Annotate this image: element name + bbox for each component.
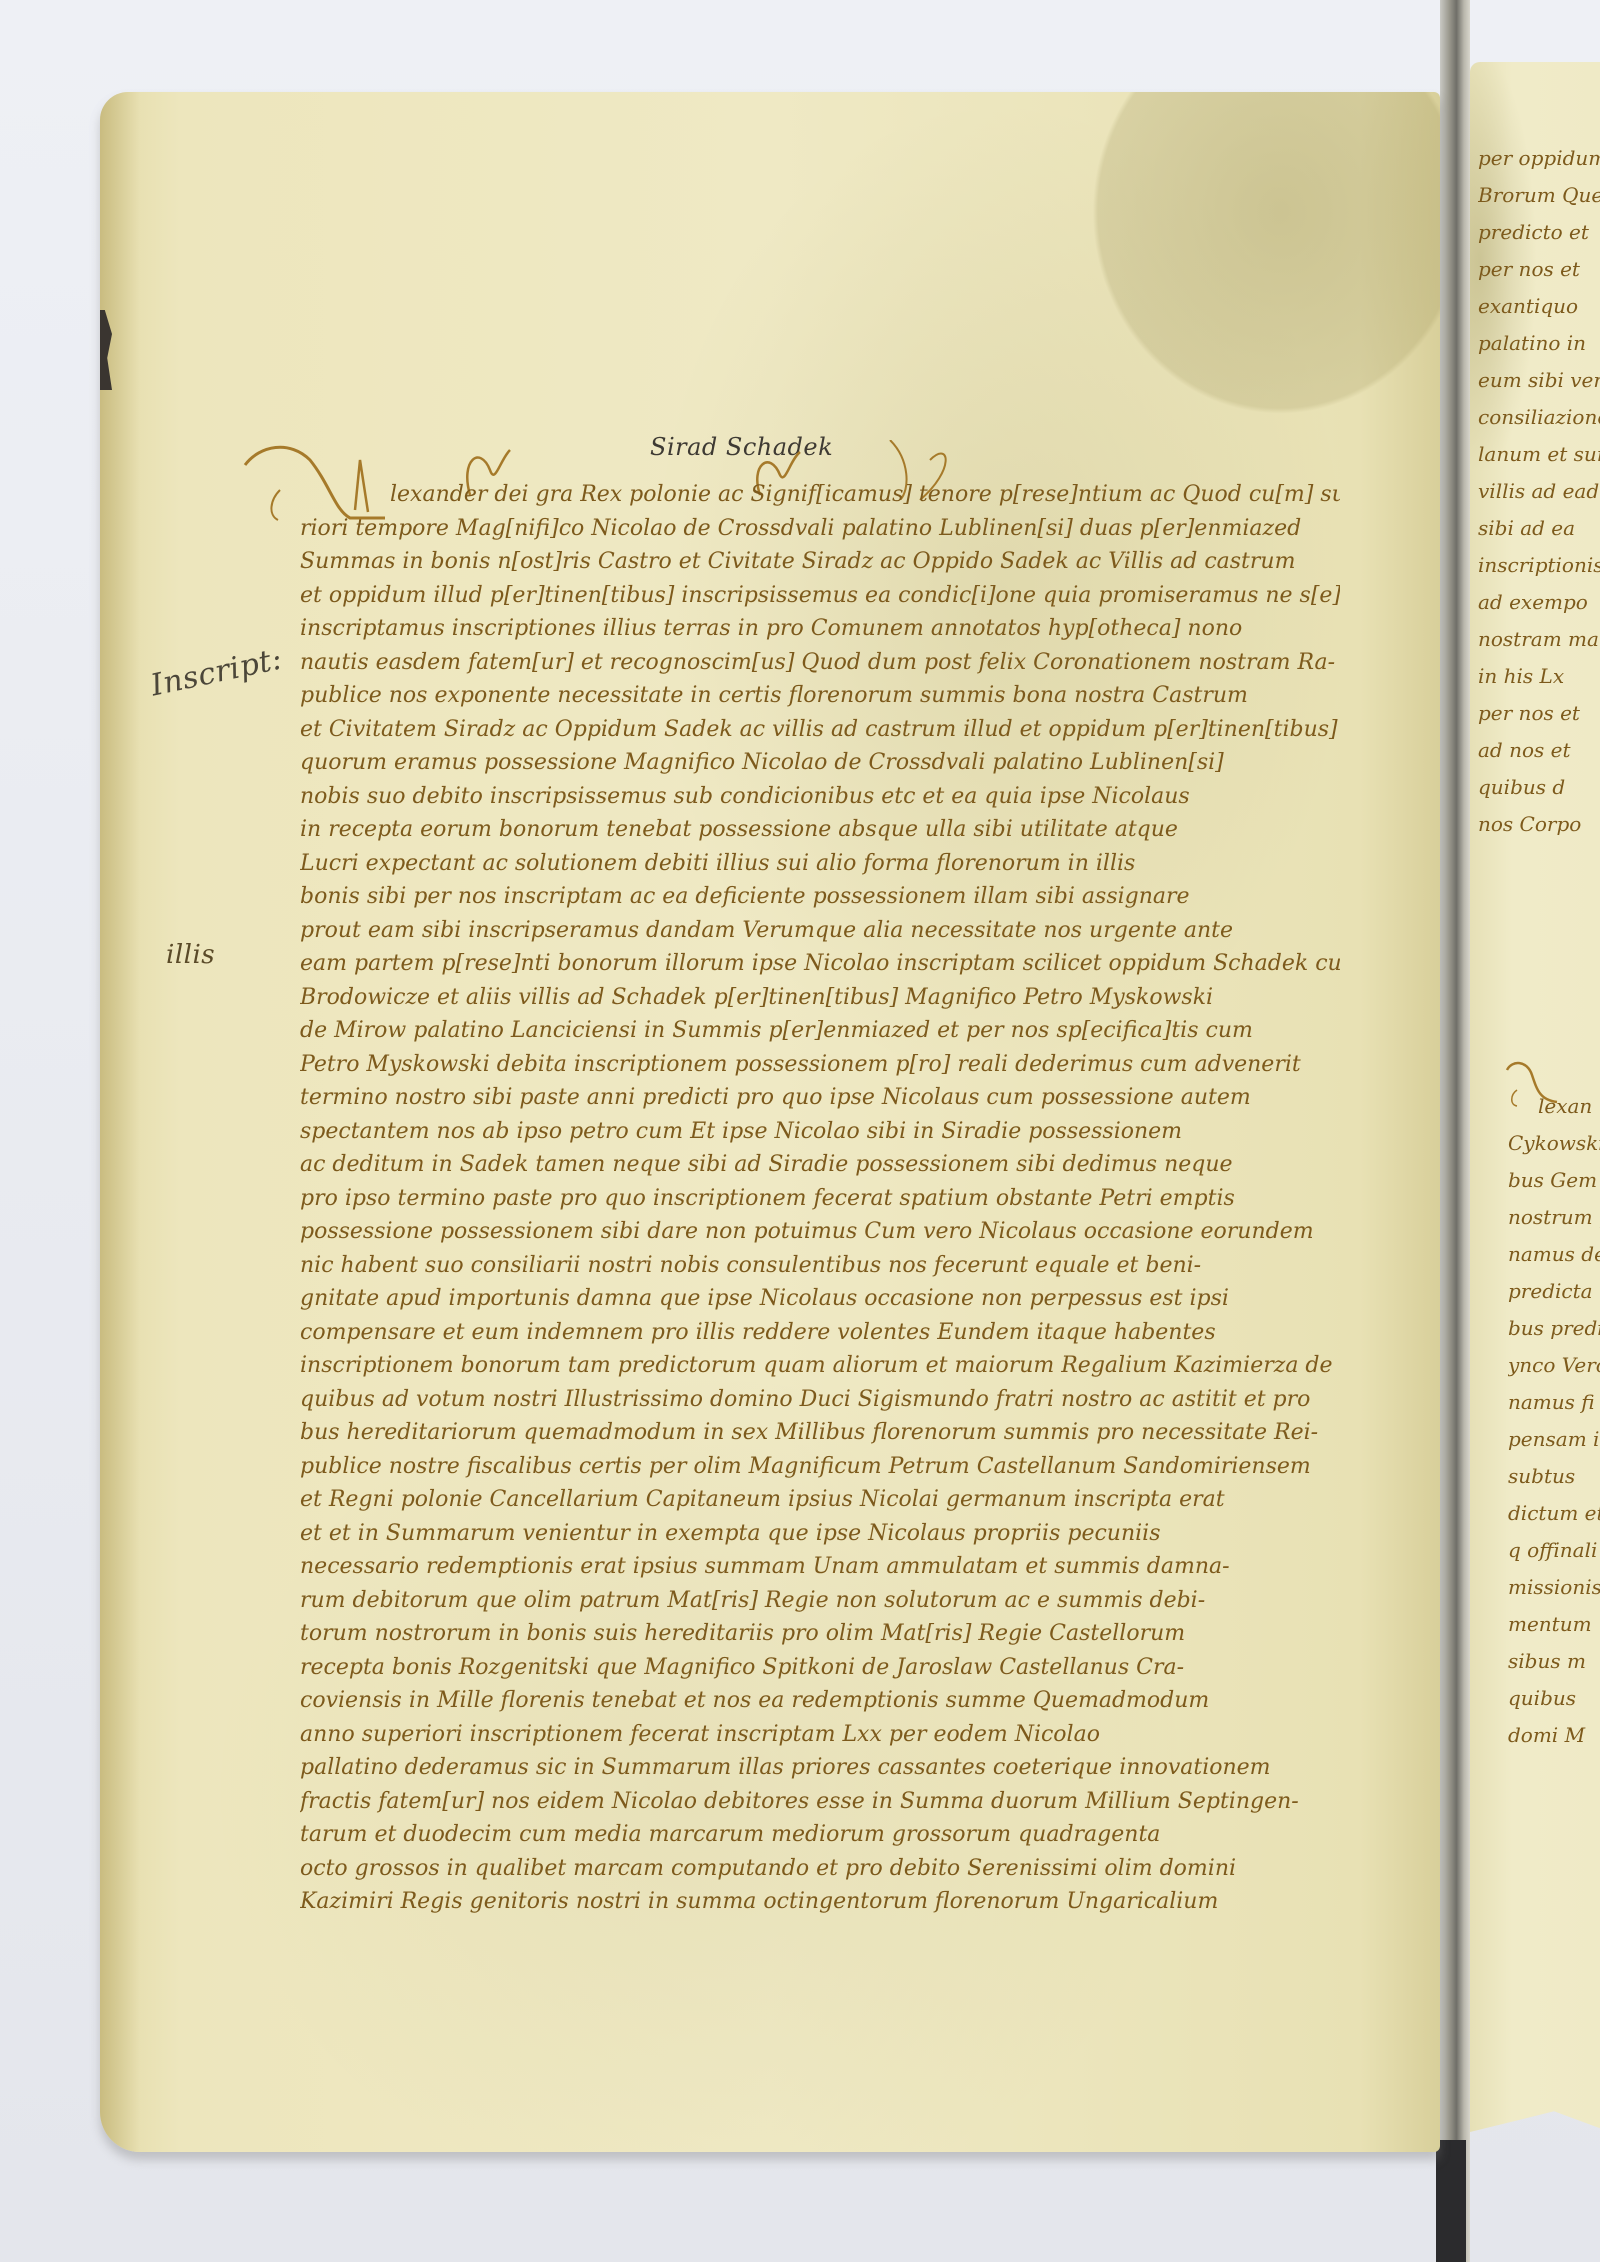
text-line: et Civitatem Siradz ac Oppidum Sadek ac … <box>300 713 1340 747</box>
text-line: pro ipso termino paste pro quo inscripti… <box>300 1182 1340 1216</box>
text-line: exantiquo <box>1478 288 1600 325</box>
text-line: et oppidum illud p[er]tinen[tibus] inscr… <box>300 579 1340 613</box>
text-line: quibus <box>1508 1680 1600 1717</box>
text-line: coviensis in Mille florenis tenebat et n… <box>300 1684 1340 1718</box>
text-line: nostrum p <box>1508 1199 1600 1236</box>
text-line: et Regni polonie Cancellarium Capitaneum… <box>300 1483 1340 1517</box>
text-line: bus hereditariorum quemadmodum in sex Mi… <box>300 1416 1340 1450</box>
text-line: rum debitorum que olim patrum Mat[ris] R… <box>300 1584 1340 1618</box>
text-line: dictum et <box>1508 1495 1600 1532</box>
text-line: bus Gem <box>1508 1162 1600 1199</box>
text-line: inscriptionem bonorum tam predictorum qu… <box>300 1349 1340 1383</box>
text-line: publice nostre fiscalibus certis per oli… <box>300 1450 1340 1484</box>
text-line: domi M <box>1508 1717 1600 1754</box>
text-line: q offinali <box>1508 1532 1600 1569</box>
text-line: anno superiori inscriptionem fecerat ins… <box>300 1718 1340 1752</box>
text-line: Brodowicze et aliis villis ad Schadek p[… <box>300 981 1340 1015</box>
text-line: prout eam sibi inscripseramus dandam Ver… <box>300 914 1340 948</box>
text-line: quibus d <box>1478 769 1600 806</box>
text-line: eam partem p[rese]nti bonorum illorum ip… <box>300 947 1340 981</box>
text-line: Brorum Que <box>1478 177 1600 214</box>
text-line: recepta bonis Rozgenitski que Magnifico … <box>300 1651 1340 1685</box>
text-line: namus de <box>1508 1236 1600 1273</box>
text-line: predicta <box>1508 1273 1600 1310</box>
text-line: in recepta eorum bonorum tenebat possess… <box>300 813 1340 847</box>
text-line: nobis suo debito inscripsissemus sub con… <box>300 780 1340 814</box>
text-line: publice nos exponente necessitate in cer… <box>300 679 1340 713</box>
text-line: possessione possessionem sibi dare non p… <box>300 1215 1340 1249</box>
text-line: bus predi <box>1508 1310 1600 1347</box>
text-line: et et in Summarum venientur in exempta q… <box>300 1517 1340 1551</box>
main-text-block: lexander dei gra Rex polonie ac Signif[i… <box>300 478 1340 1919</box>
text-line: Kazimiri Regis genitoris nostri in summa… <box>300 1885 1340 1919</box>
text-line: nautis easdem fatem[ur] et recognoscim[u… <box>300 646 1340 680</box>
text-line: ynco Vero <box>1508 1347 1600 1384</box>
text-line: torum nostrorum in bonis suis hereditari… <box>300 1617 1340 1651</box>
text-line: per nos et <box>1478 251 1600 288</box>
text-line: Lucri expectant ac solutionem debiti ill… <box>300 847 1340 881</box>
text-line: consiliazionem <box>1478 399 1600 436</box>
text-line: lexan <box>1508 1088 1600 1125</box>
text-line: eum sibi vere <box>1478 362 1600 399</box>
text-line: compensare et eum indemnem pro illis red… <box>300 1316 1340 1350</box>
text-line: predicto et <box>1478 214 1600 251</box>
text-line: octo grossos in qualibet marcam computan… <box>300 1852 1340 1886</box>
text-line: inscriptionis <box>1478 547 1600 584</box>
text-line: palatino in <box>1478 325 1600 362</box>
facing-page-text-upper: per oppidum al Brorum Que predicto et pe… <box>1478 140 1600 843</box>
text-line: sibi ad ea <box>1478 510 1600 547</box>
text-line: in his Lx <box>1478 658 1600 695</box>
text-line: ac deditum in Sadek tamen neque sibi ad … <box>300 1148 1340 1182</box>
text-line: Summas in bonis n[ost]ris Castro et Civi… <box>300 545 1340 579</box>
binding-bottom <box>1436 2140 1466 2262</box>
text-line: gnitate apud importunis damna que ipse N… <box>300 1282 1340 1316</box>
margin-note-illis: illis <box>166 940 215 970</box>
text-line: termino nostro sibi paste anni predicti … <box>300 1081 1340 1115</box>
text-line: Cykowski <box>1508 1125 1600 1162</box>
text-line: fractis fatem[ur] nos eidem Nicolao debi… <box>300 1785 1340 1819</box>
text-line: pallatino dederamus sic in Summarum illa… <box>300 1751 1340 1785</box>
text-line: tarum et duodecim cum media marcarum med… <box>300 1818 1340 1852</box>
text-line: subtus <box>1508 1458 1600 1495</box>
text-line: sibus m <box>1508 1643 1600 1680</box>
text-line: mentum <box>1508 1606 1600 1643</box>
text-line: nostram marc <box>1478 621 1600 658</box>
text-line: nos Corpo <box>1478 806 1600 843</box>
text-line: per oppidum al <box>1478 140 1600 177</box>
text-line: nic habent suo consiliarii nostri nobis … <box>300 1249 1340 1283</box>
text-line: missionis <box>1508 1569 1600 1606</box>
text-line: ad nos et <box>1478 732 1600 769</box>
text-line: namus fi <box>1508 1384 1600 1421</box>
text-line: riori tempore Mag[nifi]co Nicolao de Cro… <box>300 512 1340 546</box>
text-line: inscriptamus inscriptiones illius terras… <box>300 612 1340 646</box>
text-line: lexander dei gra Rex polonie ac Signif[i… <box>300 478 1340 512</box>
book-gutter <box>1440 0 1470 2262</box>
text-line: ad exempo <box>1478 584 1600 621</box>
text-line: quibus ad votum nostri Illustrissimo dom… <box>300 1383 1340 1417</box>
text-line: bonis sibi per nos inscriptam ac ea defi… <box>300 880 1340 914</box>
text-line: per nos et <box>1478 695 1600 732</box>
text-line: villis ad ead <box>1478 473 1600 510</box>
text-line: de Mirow palatino Lanciciensi in Summis … <box>300 1014 1340 1048</box>
text-line: necessario redemptionis erat ipsius summ… <box>300 1550 1340 1584</box>
facing-page-text-lower: lexan Cykowski bus Gem nostrum p namus d… <box>1508 1088 1600 1754</box>
text-line: Petro Myskowski debita inscriptionem pos… <box>300 1048 1340 1082</box>
text-line: lanum et sum <box>1478 436 1600 473</box>
text-line: spectantem nos ab ipso petro cum Et ipse… <box>300 1115 1340 1149</box>
text-line: quorum eramus possessione Magnifico Nico… <box>300 746 1340 780</box>
text-line: pensam in <box>1508 1421 1600 1458</box>
